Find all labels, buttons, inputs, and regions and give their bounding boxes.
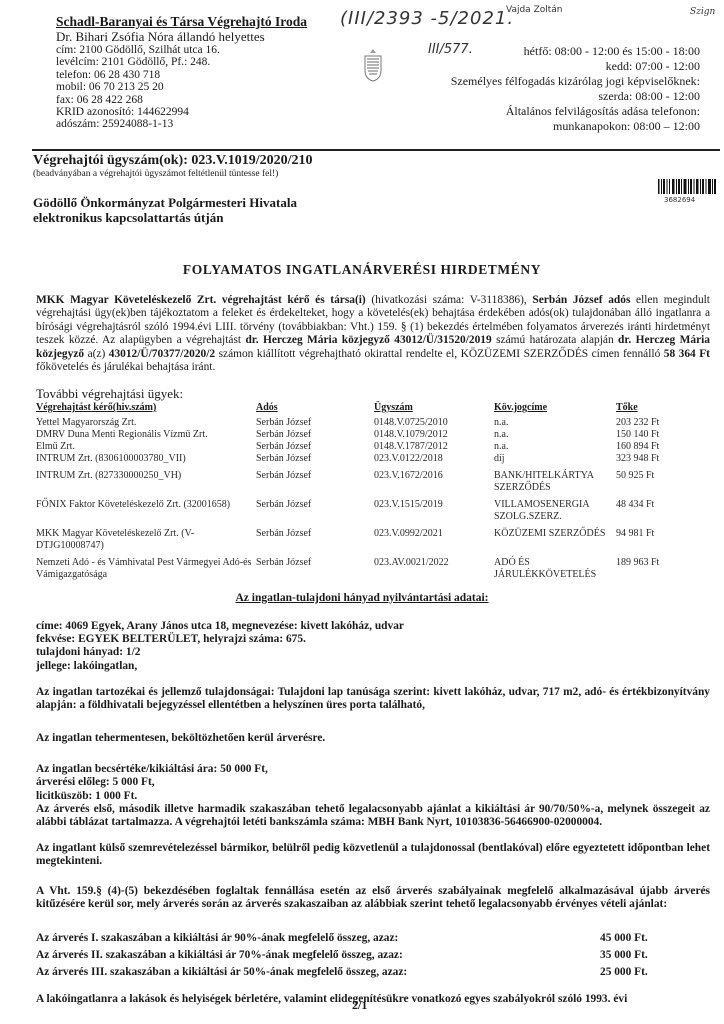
deputy-name: Dr. Bihari Zsófia Nóra állandó helyettes bbox=[56, 29, 307, 44]
contact-line: telefon: 06 28 430 718 bbox=[56, 69, 307, 81]
debtor-cell: Serbán József bbox=[256, 429, 374, 441]
stage-amount: 45 000 Ft. bbox=[600, 930, 672, 947]
creditor-cell: INTRUM Zrt. (8306100003780_VII) bbox=[36, 453, 256, 465]
creditor-cell: FŐNIX Faktor Követeléskezelő Zrt. (32001… bbox=[36, 494, 256, 523]
claim-basis-cell: VILLAMOSENERGIA SZOLG.SZERZ. bbox=[494, 494, 616, 523]
auction-deposit: árverési előleg: 5 000 Ft, bbox=[36, 776, 710, 789]
stage-row: Az árverés II. szakaszában a kikiáltási … bbox=[36, 947, 672, 964]
recipient-delivery: elektronikus kapcsolattartás útján bbox=[33, 210, 297, 225]
estimated-value: Az ingatlan becsértéke/kikiáltási ára: 5… bbox=[36, 763, 710, 776]
contact-line: adószám: 25924088-1-13 bbox=[56, 118, 307, 130]
claim-basis-cell: BANK/HITELKÁRTYA SZERZŐDÉS bbox=[494, 465, 616, 494]
case-number-block: Végrehajtói ügyszám(ok): 023.V.1019/2020… bbox=[33, 153, 312, 180]
principal-cell: 48 434 Ft bbox=[616, 494, 696, 523]
coat-of-arms-icon bbox=[362, 48, 384, 82]
barcode-icon bbox=[658, 179, 716, 194]
claim-basis-cell: díj bbox=[494, 453, 616, 465]
office-name: Schadl-Baranyai és Társa Végrehajtó Irod… bbox=[56, 14, 307, 29]
column-header: Adós bbox=[256, 402, 374, 417]
creditor-cell: INTRUM Zrt. (827330000250_VH) bbox=[36, 465, 256, 494]
case-number-cell: 023.V.1515/2019 bbox=[374, 494, 494, 523]
intro-text: (hivatkozási száma: V-3118386), bbox=[366, 294, 533, 306]
principal-amount: 58 364 Ft bbox=[664, 348, 710, 360]
property-address: címe: 4069 Egyek, Arany János utca 18, m… bbox=[36, 620, 404, 633]
case-number-cell: 023.V.1672/2016 bbox=[374, 465, 494, 494]
stage-amount: 25 000 Ft. bbox=[600, 964, 672, 981]
case-number-cell: 023.AV.0021/2022 bbox=[374, 552, 494, 581]
table-row: Yettel Magyarország Zrt.Serbán József014… bbox=[36, 417, 696, 429]
encumbrance-note: Az ingatlan tehermentesen, beköltözhetőe… bbox=[36, 732, 710, 745]
notary-decision: dr. Herczeg Mária közjegyző 43012/Ü/3152… bbox=[245, 334, 491, 346]
stage-label: Az árverés III. szakaszában a kikiáltási… bbox=[36, 964, 600, 981]
principal-cell: 203 232 Ft bbox=[616, 417, 696, 429]
bid-step: licitküszöb: 1 000 Ft. bbox=[36, 790, 710, 803]
creditor-cell: Yettel Magyarország Zrt. bbox=[36, 417, 256, 429]
property-location: fekvése: EGYEK BELTERÜLET, helyrajzi szá… bbox=[36, 633, 404, 646]
stages-description: Az árverés első, második illetve harmadi… bbox=[36, 803, 710, 830]
debtor-cell: Serbán József bbox=[256, 523, 374, 552]
creditor-cell: DMRV Duna Menti Regionális Vízmű Zrt. bbox=[36, 429, 256, 441]
other-cases-section: További végrehajtási ügyek: Végrehajtást… bbox=[36, 387, 696, 581]
table-row: INTRUM Zrt. (827330000250_VH)Serbán Józs… bbox=[36, 465, 696, 494]
stage-amount: 35 000 Ft. bbox=[600, 947, 672, 964]
pricing-block: Az ingatlan becsértéke/kikiáltási ára: 5… bbox=[36, 763, 710, 829]
viewing-note: Az ingatlant külső szemrevételezéssel bá… bbox=[36, 842, 710, 869]
table-row: Elmű Zrt.Serbán József0148.V.1787/2012n.… bbox=[36, 441, 696, 453]
stage-row: Az árverés I. szakaszában a kikiáltási á… bbox=[36, 930, 672, 947]
intro-paragraph: MKK Magyar Követeléskezelő Zrt. végrehaj… bbox=[36, 294, 710, 374]
page-number: 2/1 bbox=[352, 998, 367, 1013]
vht-paragraph: A Vht. 159.§ (4)-(5) bekezdésében foglal… bbox=[36, 885, 710, 912]
principal-cell: 94 981 Ft bbox=[616, 523, 696, 552]
hours-line: Személyes félfogadás kizárólag jogi képv… bbox=[451, 74, 700, 89]
case-number-note: (beadványában a végrehajtói ügyszámot fe… bbox=[33, 169, 312, 180]
contact-line: cím: 2100 Gödöllő, Szilhát utca 16. bbox=[56, 44, 307, 56]
creditor-cell: Elmű Zrt. bbox=[36, 441, 256, 453]
table-row: MKK Magyar Követeléskezelő Zrt. (V-DTJG1… bbox=[36, 523, 696, 552]
stage-label: Az árverés II. szakaszában a kikiáltási … bbox=[36, 947, 600, 964]
table-row: Nemzeti Adó - és Vámhivatal Pest Vármegy… bbox=[36, 552, 696, 581]
claim-basis-cell: n.a. bbox=[494, 429, 616, 441]
ownership-share: tulajdoni hányad: 1/2 bbox=[36, 646, 404, 659]
recipient-name: Gödöllő Önkormányzat Polgármesteri Hivat… bbox=[33, 195, 297, 210]
principal-cell: 50 925 Ft bbox=[616, 465, 696, 494]
debtor-cell: Serbán József bbox=[256, 552, 374, 581]
stage-label: Az árverés I. szakaszában a kikiáltási á… bbox=[36, 930, 600, 947]
barcode-number: 3682694 bbox=[664, 196, 695, 204]
document-title: FOLYAMATOS INGATLANÁRVERÉSI HIRDETMÉNY bbox=[0, 262, 724, 278]
hours-line: hétfő: 08:00 - 12:00 és 15:00 - 18:00 bbox=[451, 44, 700, 59]
debtor-cell: Serbán József bbox=[256, 441, 374, 453]
auction-stages-table: Az árverés I. szakaszában a kikiáltási á… bbox=[36, 930, 672, 981]
column-header: Köv.jogcíme bbox=[494, 402, 616, 417]
case-number-cell: 0148.V.1079/2012 bbox=[374, 429, 494, 441]
creditor-cell: Nemzeti Adó - és Vámhivatal Pest Vármegy… bbox=[36, 552, 256, 581]
case-number-cell: 023.V.0122/2018 bbox=[374, 453, 494, 465]
principal-cell: 150 140 Ft bbox=[616, 429, 696, 441]
debtor-cell: Serbán József bbox=[256, 417, 374, 429]
handwritten-reference: (III/2393 -5/2021. bbox=[340, 8, 514, 29]
recipient-block: Gödöllő Önkormányzat Polgármesteri Hivat… bbox=[33, 195, 297, 225]
hours-line: szerda: 08:00 - 12:00 bbox=[451, 89, 700, 104]
intro-text: a(z) bbox=[84, 348, 109, 360]
column-header: Ügyszám bbox=[374, 402, 494, 417]
creditor: MKK Magyar Követeléskezelő Zrt. végrehaj… bbox=[36, 294, 366, 306]
contact-line: levélcím: 2101 Gödöllő, Pf.: 248. bbox=[56, 56, 307, 68]
property-type: jellege: lakóingatlan, bbox=[36, 660, 404, 673]
table-row: FŐNIX Faktor Követeléskezelő Zrt. (32001… bbox=[36, 494, 696, 523]
enforceable-deed: 43012/Ü/70377/2020/2 bbox=[109, 348, 215, 360]
header-divider bbox=[32, 149, 720, 151]
table-row: DMRV Duna Menti Regionális Vízmű Zrt.Ser… bbox=[36, 429, 696, 441]
office-hours: hétfő: 08:00 - 12:00 és 15:00 - 18:00 ke… bbox=[451, 44, 700, 134]
case-number-cell: 0148.V.0725/2010 bbox=[374, 417, 494, 429]
final-paragraph: A lakóingatlanra a lakások és helyiségek… bbox=[36, 993, 710, 1006]
intro-text: számon kiállított végrehajtható okiratta… bbox=[215, 348, 664, 360]
debtor-cell: Serbán József bbox=[256, 494, 374, 523]
office-header: Schadl-Baranyai és Társa Végrehajtó Irod… bbox=[56, 14, 307, 131]
principal-cell: 189 963 Ft bbox=[616, 552, 696, 581]
debtor-cell: Serbán József bbox=[256, 453, 374, 465]
debtor-cell: Serbán József bbox=[256, 465, 374, 494]
creditor-cell: MKK Magyar Követeléskezelő Zrt. (V-DTJG1… bbox=[36, 523, 256, 552]
signer-name: Vajda Zoltán bbox=[506, 5, 562, 15]
contact-line: fax: 06 28 422 268 bbox=[56, 94, 307, 106]
column-header: Tőke bbox=[616, 402, 696, 417]
case-number-cell: 0148.V.1787/2012 bbox=[374, 441, 494, 453]
property-data: címe: 4069 Egyek, Arany János utca 18, m… bbox=[36, 620, 404, 673]
claim-basis-cell: KÖZÜZEMI SZERZŐDÉS bbox=[494, 523, 616, 552]
hours-line: munkanapokon: 08:00 – 12:00 bbox=[451, 119, 700, 134]
debtor: Serbán József adós bbox=[532, 294, 630, 306]
claim-basis-cell: ADÓ ÉS JÁRULÉKKÖVETELÉS bbox=[494, 552, 616, 581]
contact-line: KRID azonosító: 144622994 bbox=[56, 106, 307, 118]
other-cases-caption: További végrehajtási ügyek: bbox=[36, 387, 696, 401]
claim-basis-cell: n.a. bbox=[494, 441, 616, 453]
intro-text: számú határozata alapján bbox=[492, 334, 618, 346]
principal-cell: 323 948 Ft bbox=[616, 453, 696, 465]
signature-mark: Szign bbox=[690, 7, 715, 17]
table-row: INTRUM Zrt. (8306100003780_VII)Serbán Jó… bbox=[36, 453, 696, 465]
property-section-title: Az ingatlan-tulajdoni hányad nyilvántart… bbox=[0, 592, 724, 604]
property-features: Az ingatlan tartozékai és jellemző tulaj… bbox=[36, 686, 710, 713]
case-number-cell: 023.V.0992/2021 bbox=[374, 523, 494, 552]
case-number: Végrehajtói ügyszám(ok): 023.V.1019/2020… bbox=[33, 153, 312, 169]
principal-cell: 160 894 Ft bbox=[616, 441, 696, 453]
hours-line: Általános felvilágosítás adása telefonon… bbox=[451, 104, 700, 119]
contact-line: mobil: 06 70 213 25 20 bbox=[56, 81, 307, 93]
claim-basis-cell: n.a. bbox=[494, 417, 616, 429]
column-header: Végrehajtást kérő(hiv.szám) bbox=[36, 402, 256, 417]
other-cases-table: Végrehajtást kérő(hiv.szám) Adós Ügyszám… bbox=[36, 402, 696, 581]
stage-row: Az árverés III. szakaszában a kikiáltási… bbox=[36, 964, 672, 981]
intro-text: főkövetelés és járulékai behajtása iránt… bbox=[36, 361, 215, 373]
hours-line: kedd: 07:00 - 12:00 bbox=[451, 59, 700, 74]
